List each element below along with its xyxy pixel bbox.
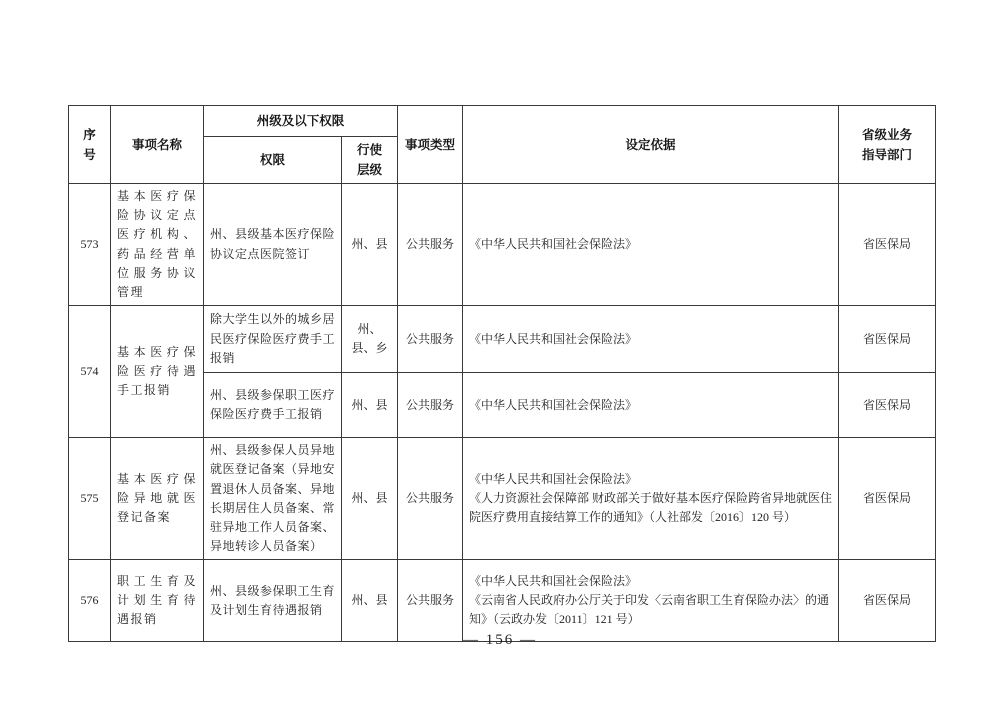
dept-cell: 省医保局 <box>839 184 936 306</box>
basis-line: 《中华人民共和国社会保险法》 <box>469 396 832 415</box>
header-item-name: 事项名称 <box>111 106 204 184</box>
header-exercise-level: 行使 层级 <box>342 137 398 184</box>
basis-cell: 《中华人民共和国社会保险法》 <box>463 306 839 373</box>
header-serial-number: 序 号 <box>69 106 111 184</box>
item-type-cell: 公共服务 <box>398 438 463 560</box>
authority-cell: 除大学生以外的城乡居民医疗保险医疗费手工报销 <box>204 306 342 373</box>
header-item-type: 事项类型 <box>398 106 463 184</box>
row-number-cell: 574 <box>69 306 111 438</box>
row-number-cell: 576 <box>69 560 111 642</box>
header-authority: 权限 <box>204 137 342 184</box>
header-setting-basis: 设定依据 <box>463 106 839 184</box>
basis-line: 《中华人民共和国社会保险法》 <box>469 330 832 349</box>
item-name-cell: 基本医疗保险协议定点医疗机构、药品经营单位服务协议管理 <box>111 184 204 306</box>
table-row: 574 基本医疗保险医疗待遇手工报销 除大学生以外的城乡居民医疗保险医疗费手工报… <box>69 306 936 373</box>
basis-cell: 《中华人民共和国社会保险法》 <box>463 184 839 306</box>
item-type-cell: 公共服务 <box>398 306 463 373</box>
table-row: 575 基本医疗保险异地就医登记备案 州、县级参保人员异地就医登记备案（异地安置… <box>69 438 936 560</box>
basis-cell: 《中华人民共和国社会保险法》 《云南省人民政府办公厅关于印发〈云南省职工生育保险… <box>463 560 839 642</box>
item-type-cell: 公共服务 <box>398 560 463 642</box>
item-name-cell: 基本医疗保险医疗待遇手工报销 <box>111 306 204 438</box>
authority-cell: 州、县级参保人员异地就医登记备案（异地安置退休人员备案、异地长期居住人员备案、常… <box>204 438 342 560</box>
exercise-level-cell: 州、县 <box>342 373 398 438</box>
table-row: 576 职工生育及计划生育待遇报销 州、县级参保职工生育及计划生育待遇报销 州、… <box>69 560 936 642</box>
authority-cell: 州、县级参保职工医疗保险医疗费手工报销 <box>204 373 342 438</box>
authority-cell: 州、县级基本医疗保险协议定点医院签订 <box>204 184 342 306</box>
page-number: — 156 — <box>0 632 1000 649</box>
basis-line: 《中华人民共和国社会保险法》 <box>469 470 832 489</box>
table-row: 573 基本医疗保险协议定点医疗机构、药品经营单位服务协议管理 州、县级基本医疗… <box>69 184 936 306</box>
dept-cell: 省医保局 <box>839 438 936 560</box>
exercise-level-cell: 州、县 <box>342 438 398 560</box>
basis-line: 《云南省人民政府办公厅关于印发〈云南省职工生育保险办法〉的通知》（云政办发〔20… <box>469 591 832 629</box>
item-name-cell: 职工生育及计划生育待遇报销 <box>111 560 204 642</box>
item-type-cell: 公共服务 <box>398 373 463 438</box>
exercise-level-cell: 州、县 <box>342 184 398 306</box>
row-number-cell: 573 <box>69 184 111 306</box>
exercise-level-cell: 州、县 <box>342 560 398 642</box>
header-provincial-dept: 省级业务 指导部门 <box>839 106 936 184</box>
basis-cell: 《中华人民共和国社会保险法》 《人力资源社会保障部 财政部关于做好基本医疗保险跨… <box>463 438 839 560</box>
item-type-cell: 公共服务 <box>398 184 463 306</box>
exercise-level-cell: 州、县、乡 <box>342 306 398 373</box>
dept-cell: 省医保局 <box>839 373 936 438</box>
basis-line: 《中华人民共和国社会保险法》 <box>469 572 832 591</box>
table-header-row-1: 序 号 事项名称 州级及以下权限 事项类型 设定依据 省级业务 指导部门 <box>69 106 936 137</box>
document-page: 序 号 事项名称 州级及以下权限 事项类型 设定依据 省级业务 指导部门 权限 … <box>0 0 1000 707</box>
dept-cell: 省医保局 <box>839 306 936 373</box>
dept-cell: 省医保局 <box>839 560 936 642</box>
header-prefecture-authority-group: 州级及以下权限 <box>204 106 398 137</box>
basis-line: 《人力资源社会保障部 财政部关于做好基本医疗保险跨省异地就医住院医疗费用直接结算… <box>469 489 832 527</box>
items-table: 序 号 事项名称 州级及以下权限 事项类型 设定依据 省级业务 指导部门 权限 … <box>68 105 936 642</box>
basis-line: 《中华人民共和国社会保险法》 <box>469 235 832 254</box>
item-name-cell: 基本医疗保险异地就医登记备案 <box>111 438 204 560</box>
authority-cell: 州、县级参保职工生育及计划生育待遇报销 <box>204 560 342 642</box>
basis-cell: 《中华人民共和国社会保险法》 <box>463 373 839 438</box>
row-number-cell: 575 <box>69 438 111 560</box>
